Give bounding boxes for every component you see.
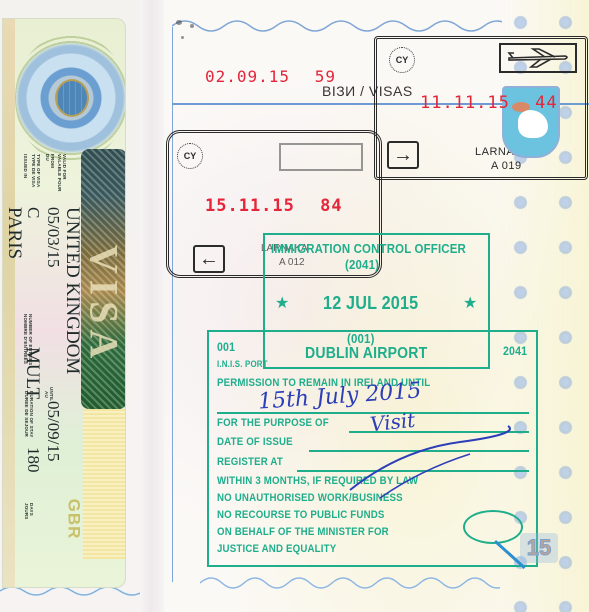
visa-label-valid-for: VALID FOR bbox=[62, 154, 67, 180]
faded-airplane-icon bbox=[279, 143, 363, 171]
visa-label-duration-fr: DUREE DE SEJOUR bbox=[24, 391, 29, 437]
permission-line-minister: ON BEHALF OF THE MINISTER FOR bbox=[217, 526, 389, 538]
cy-exit-code: 44 bbox=[535, 93, 557, 113]
cy-exit-date: 11.11.15 bbox=[420, 93, 510, 113]
bottom-wave-border bbox=[200, 575, 500, 591]
visa-value-until: 05/09/15 bbox=[43, 401, 63, 461]
ink-smudge bbox=[181, 36, 184, 39]
passport-gutter bbox=[140, 0, 164, 612]
red-stamp-date: 02.09.15 bbox=[205, 67, 290, 86]
cy-exit-officer: A 019 bbox=[491, 160, 522, 172]
cy-entry-code: 84 bbox=[320, 196, 342, 216]
visa-value-type: C bbox=[23, 207, 43, 218]
red-date-stamp: 02.09.15 59 bbox=[205, 67, 336, 86]
permission-line-date-issue: DATE OF ISSUE bbox=[217, 436, 293, 448]
ink-smudge bbox=[176, 20, 182, 25]
cy-exit-date-line: 11.11.15 44 bbox=[420, 93, 558, 113]
entry-arrow-icon: → bbox=[193, 245, 225, 273]
visa-label-until: UNTIL bbox=[49, 387, 54, 401]
airplane-icon bbox=[499, 43, 577, 73]
visa-label-type-fr: TYPE DE VISA bbox=[31, 154, 36, 187]
permission-line-justice: JUSTICE AND EQUALITY bbox=[217, 543, 336, 555]
inis-port-label: I.N.I.S. PORT bbox=[217, 359, 268, 369]
globe-icon bbox=[55, 79, 89, 117]
visa-label-type: TYPE OF VISA bbox=[36, 154, 41, 187]
permission-left-code: 001 bbox=[217, 340, 235, 354]
eye-security-mark bbox=[463, 510, 523, 544]
visa-value-valid-for: UNITED KINGDOM bbox=[61, 207, 83, 374]
visa-value-from: 05/03/15 bbox=[43, 207, 63, 267]
cy-entry-date: 15.11.15 bbox=[205, 196, 295, 216]
uk-visa-sticker: VISA GBR VALID FOR VALABLE POUR UNITED K… bbox=[2, 18, 126, 588]
permission-line-purpose: FOR THE PURPOSE OF bbox=[217, 417, 329, 429]
visa-label-jours: JOURS bbox=[24, 503, 29, 520]
signature-stroke bbox=[340, 420, 520, 500]
visa-label-from: FROM bbox=[50, 154, 55, 168]
visa-label-duration: DURATION OF STAY bbox=[29, 391, 34, 438]
visa-band-text: VISA bbox=[81, 219, 126, 389]
visa-edge-stripe bbox=[3, 19, 15, 588]
permission-right-code: 2041 bbox=[503, 344, 527, 358]
cy-eu-stars-icon: CY bbox=[389, 47, 415, 73]
immigration-officer-code: (2041) bbox=[345, 257, 379, 272]
visa-value-duration: 180 bbox=[23, 447, 43, 473]
immigration-date: 12 JUL 2015 bbox=[323, 293, 418, 314]
cy-eu-stars-icon: CY bbox=[177, 143, 203, 169]
permission-line-no-funds: NO RECOURSE TO PUBLIC FUNDS bbox=[217, 509, 385, 521]
visa-label-valable-pour: VALABLE POUR bbox=[57, 154, 62, 192]
visa-label-days: DAYS bbox=[29, 503, 34, 516]
red-stamp-code: 59 bbox=[315, 67, 336, 86]
immigration-header: IMMIGRATION CONTROL OFFICER bbox=[271, 241, 466, 256]
visa-security-strip bbox=[83, 409, 126, 559]
star-icon: ★ bbox=[463, 293, 477, 313]
exit-arrow-icon: → bbox=[387, 141, 419, 169]
visa-label-du: DU bbox=[45, 154, 50, 161]
visa-country-code: GBR bbox=[61, 489, 85, 549]
visa-label-au: AU bbox=[44, 391, 49, 398]
page-number: 15 bbox=[520, 533, 558, 563]
visa-value-issued-in: PARIS bbox=[3, 207, 25, 259]
permission-line-register: REGISTER AT bbox=[217, 456, 283, 468]
top-wave-border bbox=[172, 18, 502, 32]
ink-smudge bbox=[190, 24, 194, 28]
cy-entry-date-line: 15.11.15 84 bbox=[205, 196, 343, 216]
star-icon: ★ bbox=[275, 293, 289, 313]
visa-label-issued-in: ISSUED IN bbox=[23, 154, 28, 178]
